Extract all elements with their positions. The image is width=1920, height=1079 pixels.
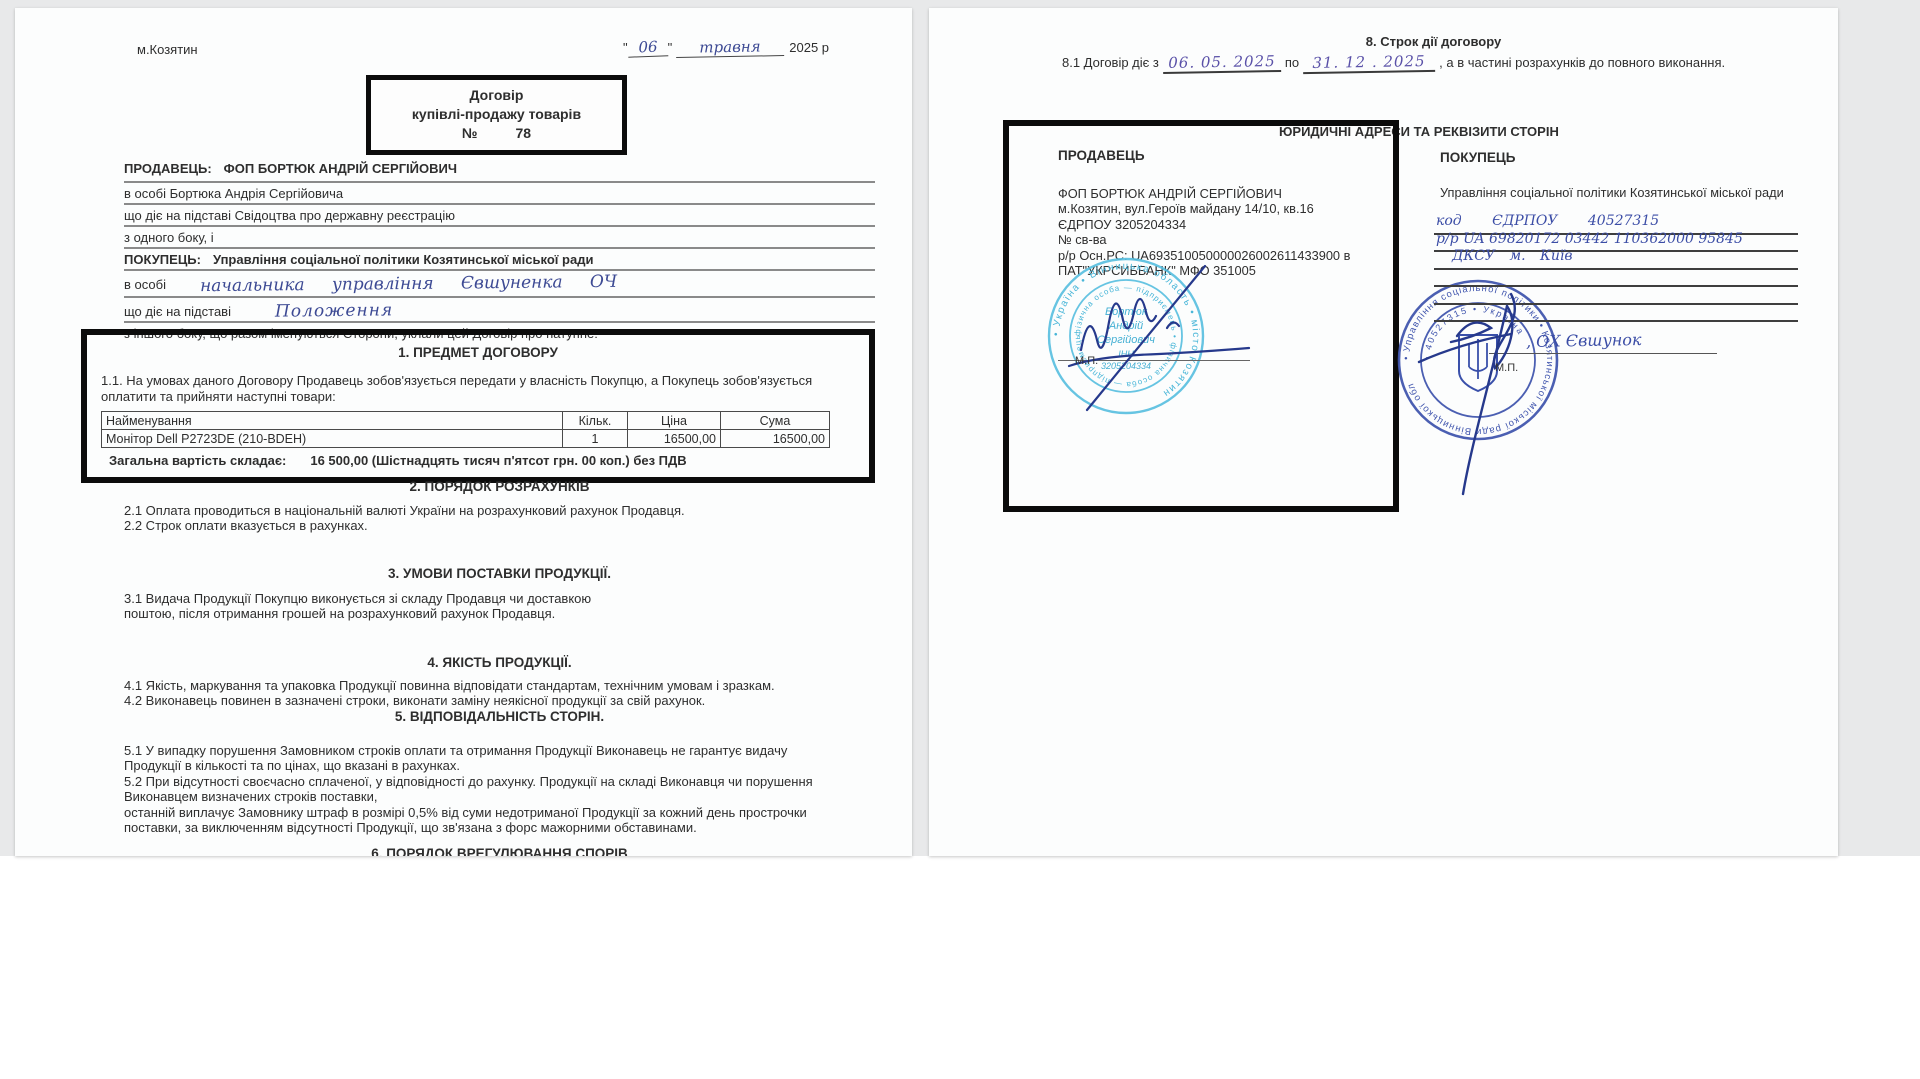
buyer-signature <box>1399 276 1589 511</box>
total-line: Загальна вартість складає:16 500,00 (Шіс… <box>109 453 869 468</box>
section1-clause: 1.1. На умовах даного Договору Продавець… <box>101 373 849 404</box>
section-6-clipped: 6. ПОРЯДОК ВРЕГУЛЮВАННЯ СПОРІВ <box>124 846 875 856</box>
section4-heading: 4. ЯКІСТЬ ПРОДУКЦІЇ. <box>124 655 875 670</box>
title-line-2: купівлі-продажу товарів <box>371 105 622 124</box>
section-5: 5. ВІДПОВІДАЛЬНІСТЬ СТОРІН. 5.1 У випадк… <box>124 709 875 835</box>
section-4: 4. ЯКІСТЬ ПРОДУКЦІЇ. 4.1 Якість, маркува… <box>124 655 875 709</box>
section5-item: поставки, за виключенням відсутності Про… <box>124 820 875 835</box>
col-sum: Сума <box>721 412 830 430</box>
total-value: 16 500,00 (Шістнадцять тисяч п'ятсот грн… <box>310 453 686 468</box>
section2-item: 2.1 Оплата проводиться в національній ва… <box>124 503 875 518</box>
buyer-basis-handwritten: Положення <box>275 300 393 321</box>
section8-clause: 8.1 Договір діє з06. 05. 2025по31. 12 . … <box>1062 53 1725 73</box>
buyer-requisite-line: ДКСУ м. Київ <box>1434 252 1798 270</box>
number-sign: № <box>462 125 478 141</box>
goods-table-row: Монітор Dell P2723DE (210-BDEH) 1 16500,… <box>102 430 830 448</box>
col-price: Ціна <box>628 412 721 430</box>
date-from-handwritten: 06. 05. 2025 <box>1163 52 1281 74</box>
seller-name: ФОП БОРТЮК АНДРІЙ СЕРГІЙОВИЧ <box>224 161 457 176</box>
cell-item-price: 16500,00 <box>628 430 721 448</box>
seller-basis-line: що діє на підставі Свідоцтва про державн… <box>124 205 875 227</box>
section5-item: 5.1 У випадку порушення Замовником строк… <box>124 743 875 758</box>
section2-item: 2.2 Строк оплати вказується в рахунках. <box>124 518 875 533</box>
buyer-basis-label: що діє на підставі <box>124 304 231 319</box>
cell-item-name: Монітор Dell P2723DE (210-BDEH) <box>102 430 563 448</box>
section8-heading: 8. Строк дії договору <box>1029 34 1838 49</box>
buyer-rep-handwritten: начальника управління Євшуненка ОЧ <box>200 272 617 296</box>
total-label: Загальна вартість складає: <box>109 453 286 468</box>
cell-item-qty: 1 <box>563 430 628 448</box>
contract-page-1: м.Козятин "06"травня2025 р Договір купів… <box>15 8 912 856</box>
date-to-handwritten: 31. 12 . 2025 <box>1303 52 1435 74</box>
contract-page-2: 8. Строк дії договору 8.1 Договір діє з0… <box>929 8 1838 856</box>
goods-table: Найменування Кільк. Ціна Сума Монітор De… <box>101 411 830 448</box>
cell-item-sum: 16500,00 <box>721 430 830 448</box>
subject-section-frame: 1. ПРЕДМЕТ ДОГОВОРУ 1.1. На умовах даног… <box>81 329 875 483</box>
section4-item: 4.2 Виконавець повинен в зазначені строк… <box>124 693 875 708</box>
seller-label: ПРОДАВЕЦЬ: <box>124 161 212 176</box>
clause81-prefix: 8.1 Договір діє з <box>1062 55 1159 70</box>
section6-heading: 6. ПОРЯДОК ВРЕГУЛЮВАННЯ СПОРІВ <box>124 846 875 856</box>
section3-item: поштою, після отримання грошей на розрах… <box>124 606 875 621</box>
section5-item: останній виплачує Замовнику штраф в розм… <box>124 805 875 820</box>
section5-heading: 5. ВІДПОВІДАЛЬНІСТЬ СТОРІН. <box>124 709 875 724</box>
seller-signature <box>1047 258 1277 428</box>
one-side-line: з одного боку, і <box>124 227 875 249</box>
buyer-column-title: ПОКУПЕЦЬ <box>1440 150 1515 165</box>
seller-mp-label: М.П. <box>1075 355 1098 367</box>
section5-item: Продукції в кількості та по цінах, що вк… <box>124 758 875 773</box>
seller-requisite-line: м.Козятин, вул.Героїв майдану 14/10, кв.… <box>1058 201 1403 216</box>
date-month-handwritten: травня <box>676 37 784 58</box>
section5-item: 5.2 При відсутності своєчасно сплаченої,… <box>124 774 875 789</box>
section-2: 2. ПОРЯДОК РОЗРАХУНКІВ 2.1 Оплата провод… <box>124 479 875 534</box>
city-label: м.Козятин <box>137 42 198 57</box>
clause81-suffix: , а в частині розрахунків до повного вик… <box>1439 55 1725 70</box>
contract-number: 78 <box>516 124 532 143</box>
seller-requisite-line: № св-ва <box>1058 232 1403 247</box>
buyer-mp-label: М.П. <box>1495 362 1518 374</box>
buyer-basis-line: що діє на підставіПоложення <box>124 298 875 323</box>
section1-heading: 1. ПРЕДМЕТ ДОГОВОРУ <box>87 345 869 360</box>
buyer-edrpou-handwritten: код ЄДРПОУ 40527315 <box>1436 213 1659 229</box>
title-line-1: Договір <box>371 86 622 105</box>
contract-date: "06"травня2025 р <box>623 38 829 57</box>
date-year: 2025 р <box>789 40 829 55</box>
title-number: №78 <box>371 124 622 143</box>
buyer-rep-label: в особі <box>124 277 166 292</box>
buyer-line: ПОКУПЕЦЬ:Управління соціальної політики … <box>124 249 875 271</box>
col-qty: Кільк. <box>563 412 628 430</box>
seller-representative-line: в особі Бортюка Андрія Сергійовича <box>124 183 875 205</box>
requisites-heading: ЮРИДИЧНІ АДРЕСИ ТА РЕКВІЗИТИ СТОРІН <box>1279 124 1559 139</box>
seller-column-title: ПРОДАВЕЦЬ <box>1058 148 1145 163</box>
buyer-account-handwritten: р/р UA 69820172 03442 110362000 95845 <box>1436 231 1743 247</box>
section5-item: Виконавцем визначених строків поставки, <box>124 789 875 804</box>
seller-line: ПРОДАВЕЦЬ:ФОП БОРТЮК АНДРІЙ СЕРГІЙОВИЧ <box>124 158 875 183</box>
section3-item: 3.1 Видача Продукції Покупцю виконується… <box>124 591 875 606</box>
contract-title-box: Договір купівлі-продажу товарів №78 <box>366 75 627 155</box>
buyer-label: ПОКУПЕЦЬ: <box>124 252 201 267</box>
buyer-bank-handwritten: ДКСУ м. Київ <box>1452 248 1572 264</box>
seller-requisite-line: ЄДРПОУ 3205204334 <box>1058 217 1403 232</box>
col-name: Найменування <box>102 412 563 430</box>
buyer-org-name: Управління соціальної політики Козятинсь… <box>1440 185 1802 200</box>
section3-heading: 3. УМОВИ ПОСТАВКИ ПРОДУКЦІЇ. <box>124 566 875 581</box>
buyer-name: Управління соціальної політики Козятинсь… <box>213 252 593 267</box>
section2-heading: 2. ПОРЯДОК РОЗРАХУНКІВ <box>124 479 875 494</box>
goods-table-header: Найменування Кільк. Ціна Сума <box>102 412 830 430</box>
section4-item: 4.1 Якість, маркування та упаковка Проду… <box>124 678 875 693</box>
parties-block: ПРОДАВЕЦЬ:ФОП БОРТЮК АНДРІЙ СЕРГІЙОВИЧ в… <box>124 158 875 344</box>
buyer-representative-line: в особіначальника управління Євшуненка О… <box>124 271 875 298</box>
clause81-to: по <box>1285 55 1299 70</box>
section-3: 3. УМОВИ ПОСТАВКИ ПРОДУКЦІЇ. 3.1 Видача … <box>124 566 875 622</box>
buyer-signature-note-handwritten: , ОХ Євшунок <box>1526 330 1642 351</box>
date-day-handwritten: 06 <box>627 37 668 57</box>
date-close-quote: " <box>668 40 673 55</box>
seller-requisite-line: ФОП БОРТЮК АНДРІЙ СЕРГІЙОВИЧ <box>1058 186 1403 201</box>
